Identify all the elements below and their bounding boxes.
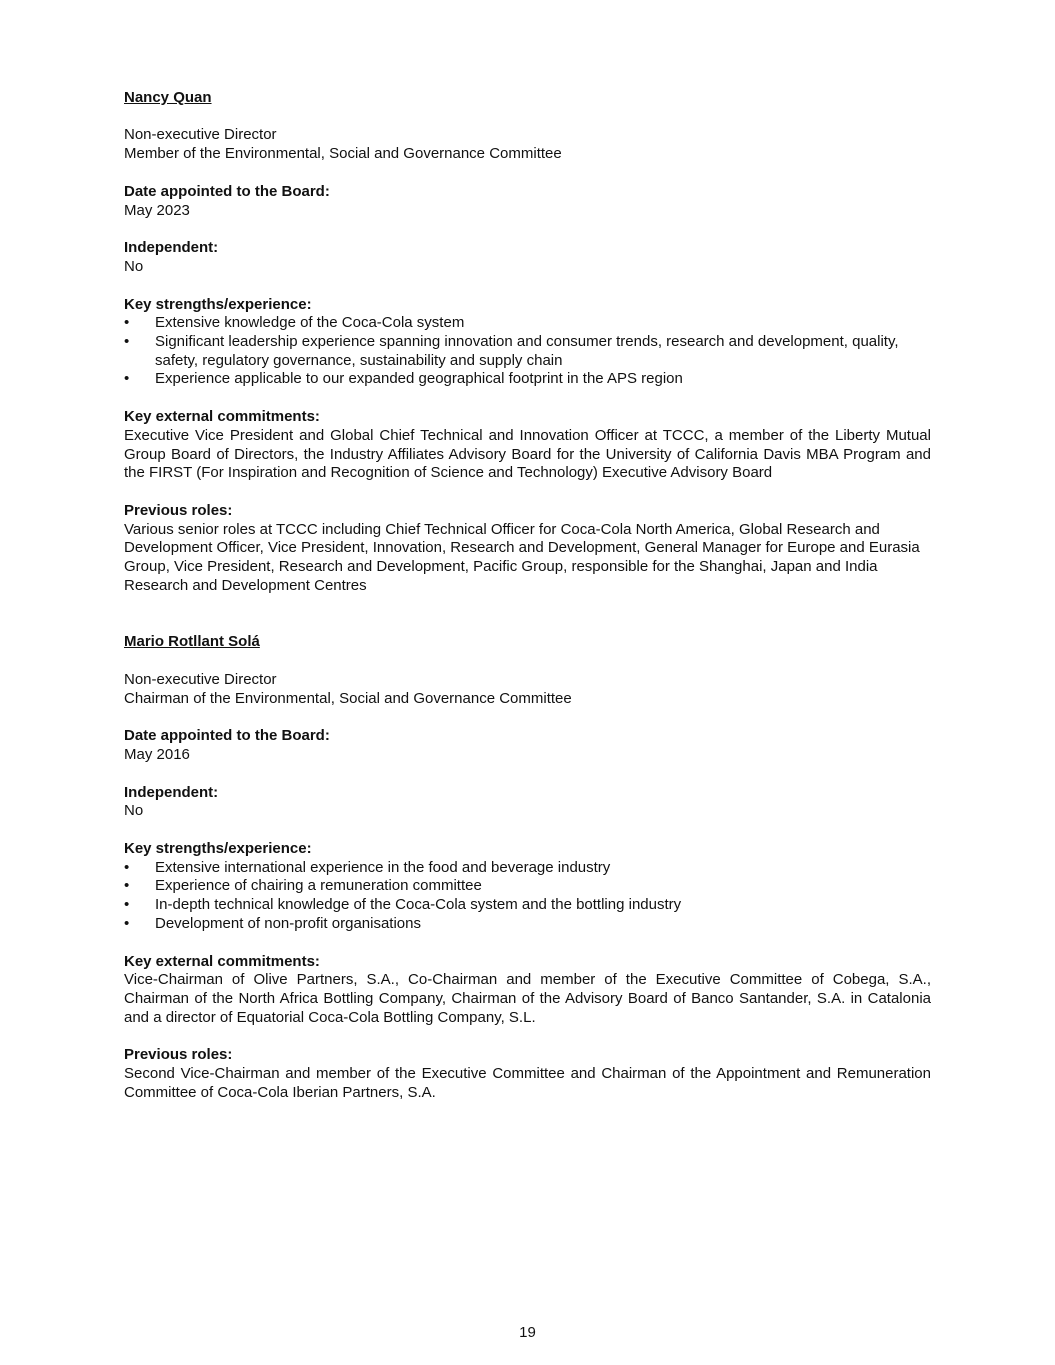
director-committee-role: Chairman of the Environmental, Social an…	[124, 690, 931, 709]
key-external-commitments-text: Vice-Chairman of Olive Partners, S.A., C…	[124, 971, 931, 1027]
key-external-commitments-section: Key external commitments: Executive Vice…	[124, 408, 931, 483]
bullet-icon: •	[124, 314, 129, 333]
list-item-text: Experience applicable to our expanded ge…	[155, 370, 683, 387]
document-page: Nancy Quan Non-executive Director Member…	[124, 89, 931, 1103]
date-appointed-value: May 2016	[124, 746, 931, 765]
key-strengths-label: Key strengths/experience:	[124, 840, 931, 859]
date-appointed-value: May 2023	[124, 202, 931, 221]
list-item-text: Significant leadership experience spanni…	[155, 333, 899, 369]
list-item-text: In-depth technical knowledge of the Coca…	[155, 896, 681, 913]
list-item-text: Experience of chairing a remuneration co…	[155, 877, 482, 894]
page-number: 19	[0, 1324, 1055, 1343]
date-appointed-section: Date appointed to the Board: May 2023	[124, 183, 931, 220]
key-strengths-label: Key strengths/experience:	[124, 296, 931, 315]
previous-roles-text: Various senior roles at TCCC including C…	[124, 521, 931, 596]
bullet-icon: •	[124, 877, 129, 896]
key-external-commitments-section: Key external commitments: Vice-Chairman …	[124, 953, 931, 1028]
director-role: Non-executive Director	[124, 671, 931, 690]
list-item-text: Development of non-profit organisations	[155, 915, 421, 932]
director-committee-role: Member of the Environmental, Social and …	[124, 145, 931, 164]
bullet-icon: •	[124, 896, 129, 915]
independent-section: Independent: No	[124, 239, 931, 276]
previous-roles-section: Previous roles: Various senior roles at …	[124, 502, 931, 596]
list-item: •Extensive international experience in t…	[124, 859, 931, 878]
independent-value: No	[124, 802, 931, 821]
previous-roles-label: Previous roles:	[124, 502, 931, 521]
bullet-icon: •	[124, 370, 129, 389]
independent-value: No	[124, 258, 931, 277]
list-item: •In-depth technical knowledge of the Coc…	[124, 896, 931, 915]
list-item-text: Extensive international experience in th…	[155, 859, 610, 876]
director-name: Mario Rotllant Solá	[124, 633, 931, 652]
director-profile-mario-rotllant-sola: Mario Rotllant Solá Non-executive Direct…	[124, 633, 931, 1102]
key-external-commitments-label: Key external commitments:	[124, 953, 931, 972]
key-external-commitments-label: Key external commitments:	[124, 408, 931, 427]
director-profile-nancy-quan: Nancy Quan Non-executive Director Member…	[124, 89, 931, 595]
key-strengths-list: •Extensive international experience in t…	[124, 859, 931, 934]
independent-section: Independent: No	[124, 784, 931, 821]
key-strengths-section: Key strengths/experience: •Extensive kno…	[124, 296, 931, 390]
list-item: •Extensive knowledge of the Coca-Cola sy…	[124, 314, 931, 333]
key-strengths-section: Key strengths/experience: •Extensive int…	[124, 840, 931, 934]
director-role: Non-executive Director	[124, 126, 931, 145]
date-appointed-label: Date appointed to the Board:	[124, 183, 931, 202]
list-item: •Development of non-profit organisations	[124, 915, 931, 934]
bullet-icon: •	[124, 859, 129, 878]
director-name: Nancy Quan	[124, 89, 931, 108]
key-external-commitments-text: Executive Vice President and Global Chie…	[124, 427, 931, 483]
list-item: •Experience applicable to our expanded g…	[124, 370, 931, 389]
date-appointed-section: Date appointed to the Board: May 2016	[124, 727, 931, 764]
list-item: •Experience of chairing a remuneration c…	[124, 877, 931, 896]
previous-roles-section: Previous roles: Second Vice-Chairman and…	[124, 1046, 931, 1102]
previous-roles-text: Second Vice-Chairman and member of the E…	[124, 1065, 931, 1102]
list-item: •Significant leadership experience spann…	[124, 333, 931, 370]
key-strengths-list: •Extensive knowledge of the Coca-Cola sy…	[124, 314, 931, 389]
previous-roles-label: Previous roles:	[124, 1046, 931, 1065]
bullet-icon: •	[124, 915, 129, 934]
date-appointed-label: Date appointed to the Board:	[124, 727, 931, 746]
list-item-text: Extensive knowledge of the Coca-Cola sys…	[155, 314, 464, 331]
bullet-icon: •	[124, 333, 129, 352]
independent-label: Independent:	[124, 239, 931, 258]
independent-label: Independent:	[124, 784, 931, 803]
